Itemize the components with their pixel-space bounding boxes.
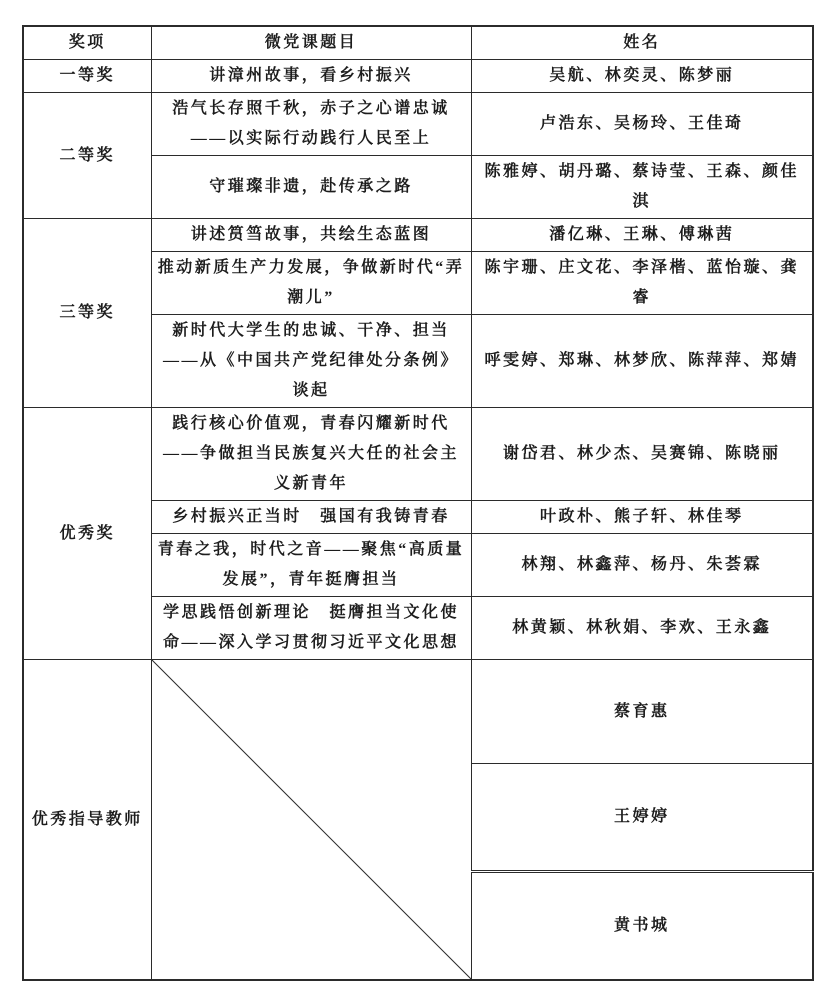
header-row: 奖项 微党课题目 姓名 [23, 26, 813, 60]
award-cell-first-prize: 一等奖 [23, 60, 151, 93]
header-topic: 微党课题目 [151, 26, 471, 60]
award-table: 奖项 微党课题目 姓名 一等奖 讲漳州故事，看乡村振兴 吴航、林奕灵、陈梦丽 二… [22, 25, 814, 981]
topic-cell: 讲述筼筜故事，共绘生态蓝图 [151, 219, 471, 252]
names-cell: 陈宇珊、庄文花、李泽楷、蓝怡璇、龚睿 [471, 252, 813, 315]
table-row: 二等奖 浩气长存照千秋，赤子之心谱忠诚——以实际行动践行人民至上 卢浩东、吴杨玲… [23, 93, 813, 156]
names-cell: 黄书城 [471, 871, 813, 980]
diagonal-blank-cell [151, 660, 471, 981]
table-row: 优秀奖 践行核心价值观，青春闪耀新时代——争做担当民族复兴大任的社会主义新青年 … [23, 408, 813, 501]
topic-cell: 践行核心价值观，青春闪耀新时代——争做担当民族复兴大任的社会主义新青年 [151, 408, 471, 501]
topic-cell: 新时代大学生的忠诚、干净、担当——从《中国共产党纪律处分条例》谈起 [151, 315, 471, 408]
award-cell-excellent-advisor: 优秀指导教师 [23, 660, 151, 981]
names-cell: 呼雯婷、郑琳、林梦欣、陈萍萍、郑婧 [471, 315, 813, 408]
names-cell: 谢岱君、林少杰、吴赛锦、陈晓丽 [471, 408, 813, 501]
table-row: 三等奖 讲述筼筜故事，共绘生态蓝图 潘亿琳、王琳、傅琳茜 [23, 219, 813, 252]
names-cell: 吴航、林奕灵、陈梦丽 [471, 60, 813, 93]
table-row: 优秀指导教师 蔡育惠 [23, 660, 813, 764]
diagonal-line [152, 660, 471, 979]
topic-cell: 学思践悟创新理论 挺膺担当文化使命——深入学习贯彻习近平文化思想 [151, 597, 471, 660]
names-cell: 叶政朴、熊子轩、林佳琴 [471, 501, 813, 534]
names-cell: 林翔、林鑫萍、杨丹、朱荟霖 [471, 534, 813, 597]
names-cell: 潘亿琳、王琳、傅琳茜 [471, 219, 813, 252]
names-cell: 卢浩东、吴杨玲、王佳琦 [471, 93, 813, 156]
topic-cell: 推动新质生产力发展，争做新时代“弄潮儿” [151, 252, 471, 315]
topic-cell: 守璀璨非遗，赴传承之路 [151, 156, 471, 219]
header-award: 奖项 [23, 26, 151, 60]
header-names: 姓名 [471, 26, 813, 60]
topic-cell: 讲漳州故事，看乡村振兴 [151, 60, 471, 93]
table-row: 一等奖 讲漳州故事，看乡村振兴 吴航、林奕灵、陈梦丽 [23, 60, 813, 93]
topic-cell: 乡村振兴正当时 强国有我铸青春 [151, 501, 471, 534]
names-cell: 蔡育惠 [471, 660, 813, 764]
award-cell-second-prize: 二等奖 [23, 93, 151, 219]
topic-cell: 浩气长存照千秋，赤子之心谱忠诚——以实际行动践行人民至上 [151, 93, 471, 156]
topic-cell: 青春之我，时代之音——聚焦“高质量发展”，青年挺膺担当 [151, 534, 471, 597]
names-cell: 王婷婷 [471, 764, 813, 871]
award-cell-third-prize: 三等奖 [23, 219, 151, 408]
names-cell: 陈雅婷、胡丹璐、蔡诗莹、王森、颜佳淇 [471, 156, 813, 219]
names-cell: 林黄颖、林秋娟、李欢、王永鑫 [471, 597, 813, 660]
award-cell-excellence-prize: 优秀奖 [23, 408, 151, 660]
